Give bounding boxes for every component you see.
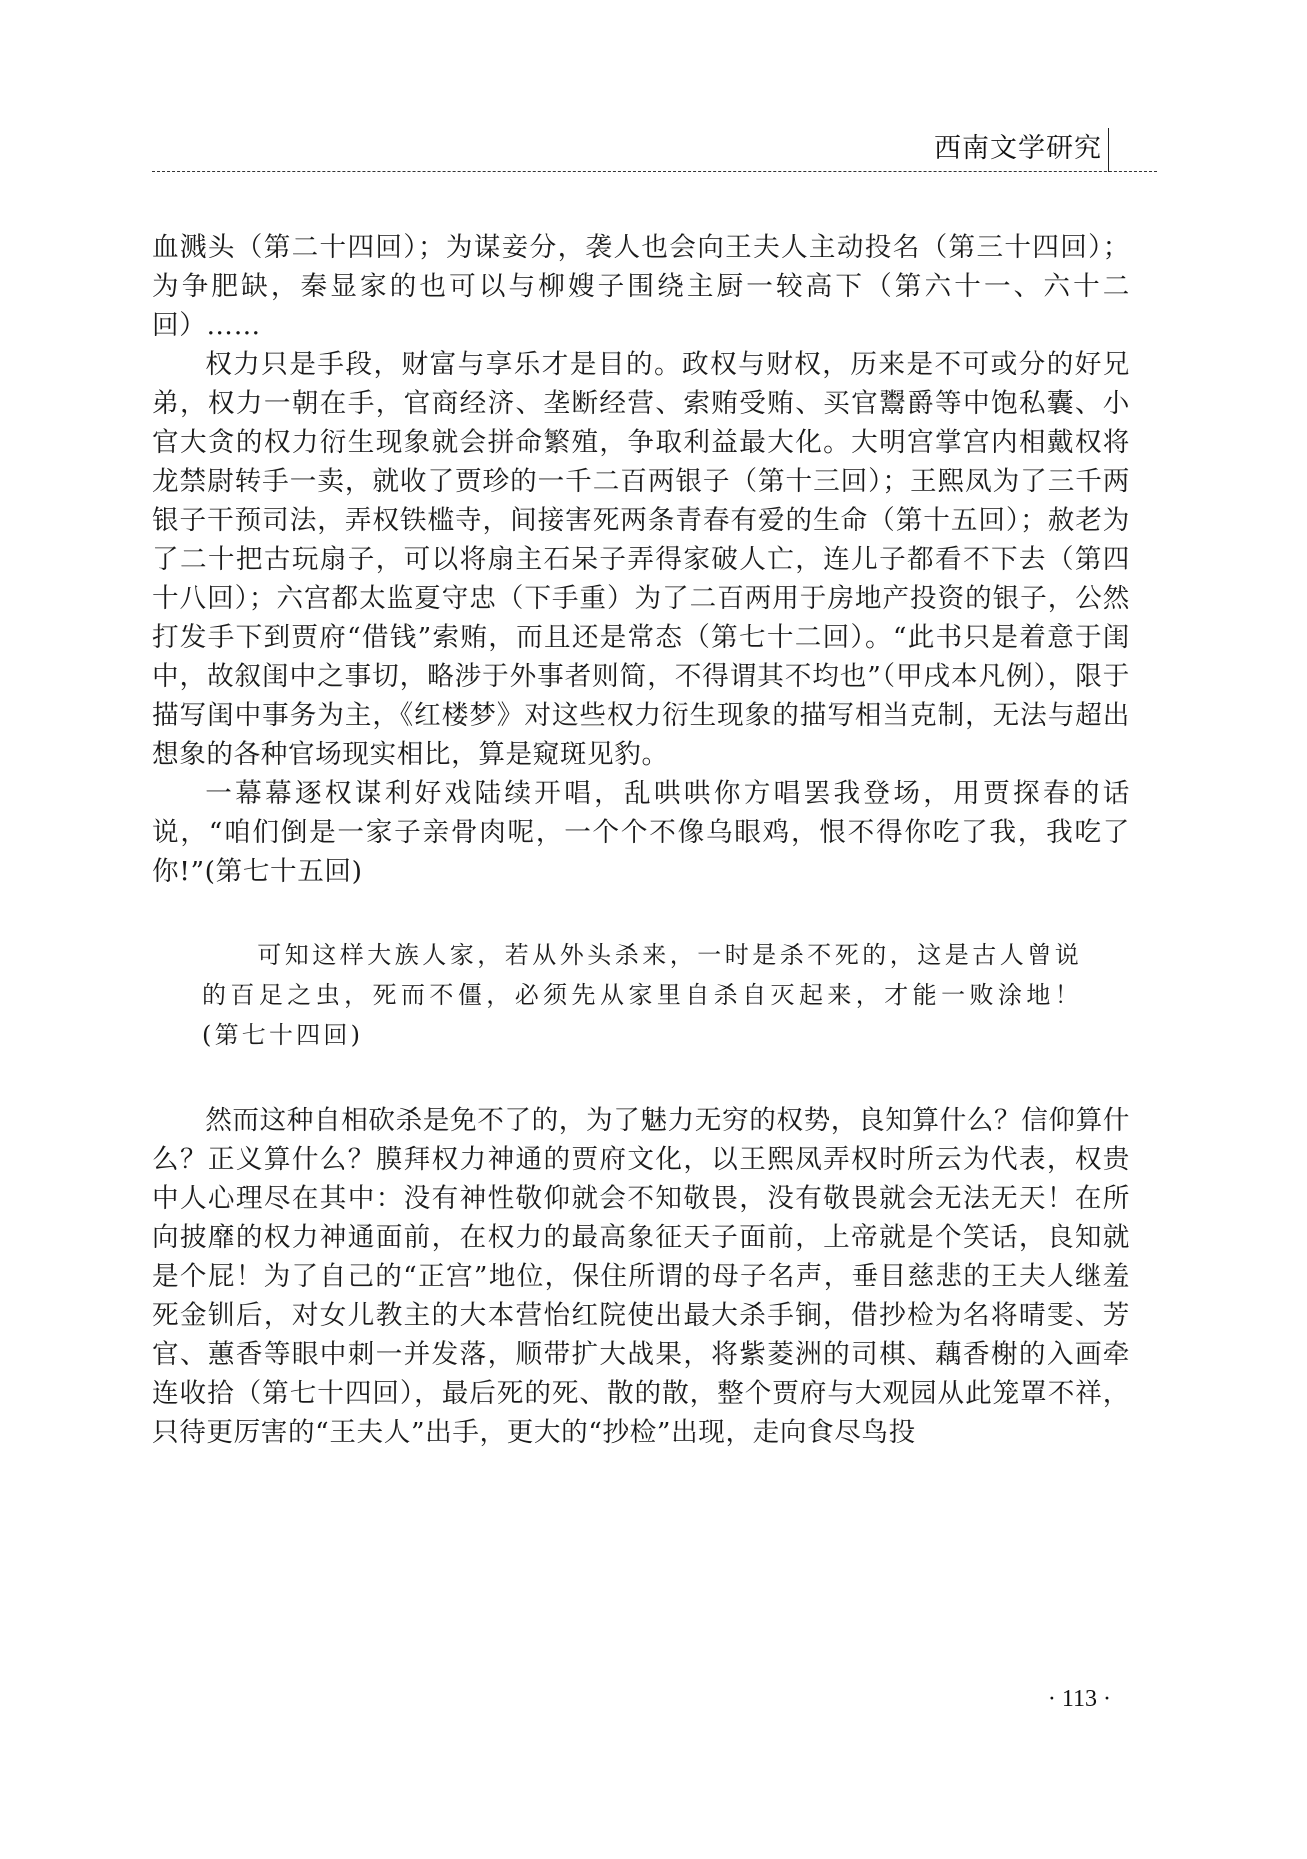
paragraph-power-struggle: 一幕幕逐权谋利好戏陆续开唱，乱哄哄你方唱罢我登场，用贾探春的话说，“咱们倒是一家… — [152, 774, 1130, 891]
paragraph-self-destruction: 然而这种自相砍杀是免不了的，为了魅力无穷的权势，良知算什么？信仰算什么？正义算什… — [152, 1101, 1130, 1452]
paragraph-continuation: 血溅头（第二十四回）；为谋妾分，袭人也会向王夫人主动投名（第三十四回）；为争肥缺… — [152, 228, 1130, 345]
journal-title: 西南文学研究 — [934, 132, 1102, 166]
article-body: 血溅头（第二十四回）；为谋妾分，袭人也会向王夫人主动投名（第三十四回）；为争肥缺… — [152, 228, 1130, 1452]
header-vertical-rule — [1108, 128, 1109, 172]
paragraph-power-and-wealth: 权力只是手段，财富与享乐才是目的。政权与财权，历来是不可或分的好兄弟，权力一朝在… — [152, 345, 1130, 774]
block-quote-text: 可知这样大族人家，若从外头杀来，一时是杀不死的，这是古人曾说的百足之虫，死而不僵… — [202, 935, 1082, 1055]
page-number: · 113 · — [1048, 1682, 1111, 1716]
header-dashed-rule — [152, 171, 1157, 172]
running-header: 西南文学研究 — [152, 118, 1157, 172]
block-quote: 可知这样大族人家，若从外头杀来，一时是杀不死的，这是古人曾说的百足之虫，死而不僵… — [202, 935, 1082, 1055]
